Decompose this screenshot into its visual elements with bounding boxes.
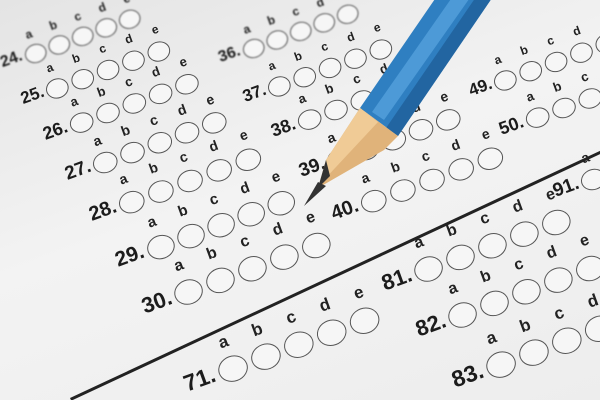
answer-sheet: 24.abcde25.abcde26.abcde27.abcde28.abcde… bbox=[0, 0, 600, 400]
pencil-icon bbox=[304, 0, 492, 206]
pencil bbox=[0, 0, 600, 400]
